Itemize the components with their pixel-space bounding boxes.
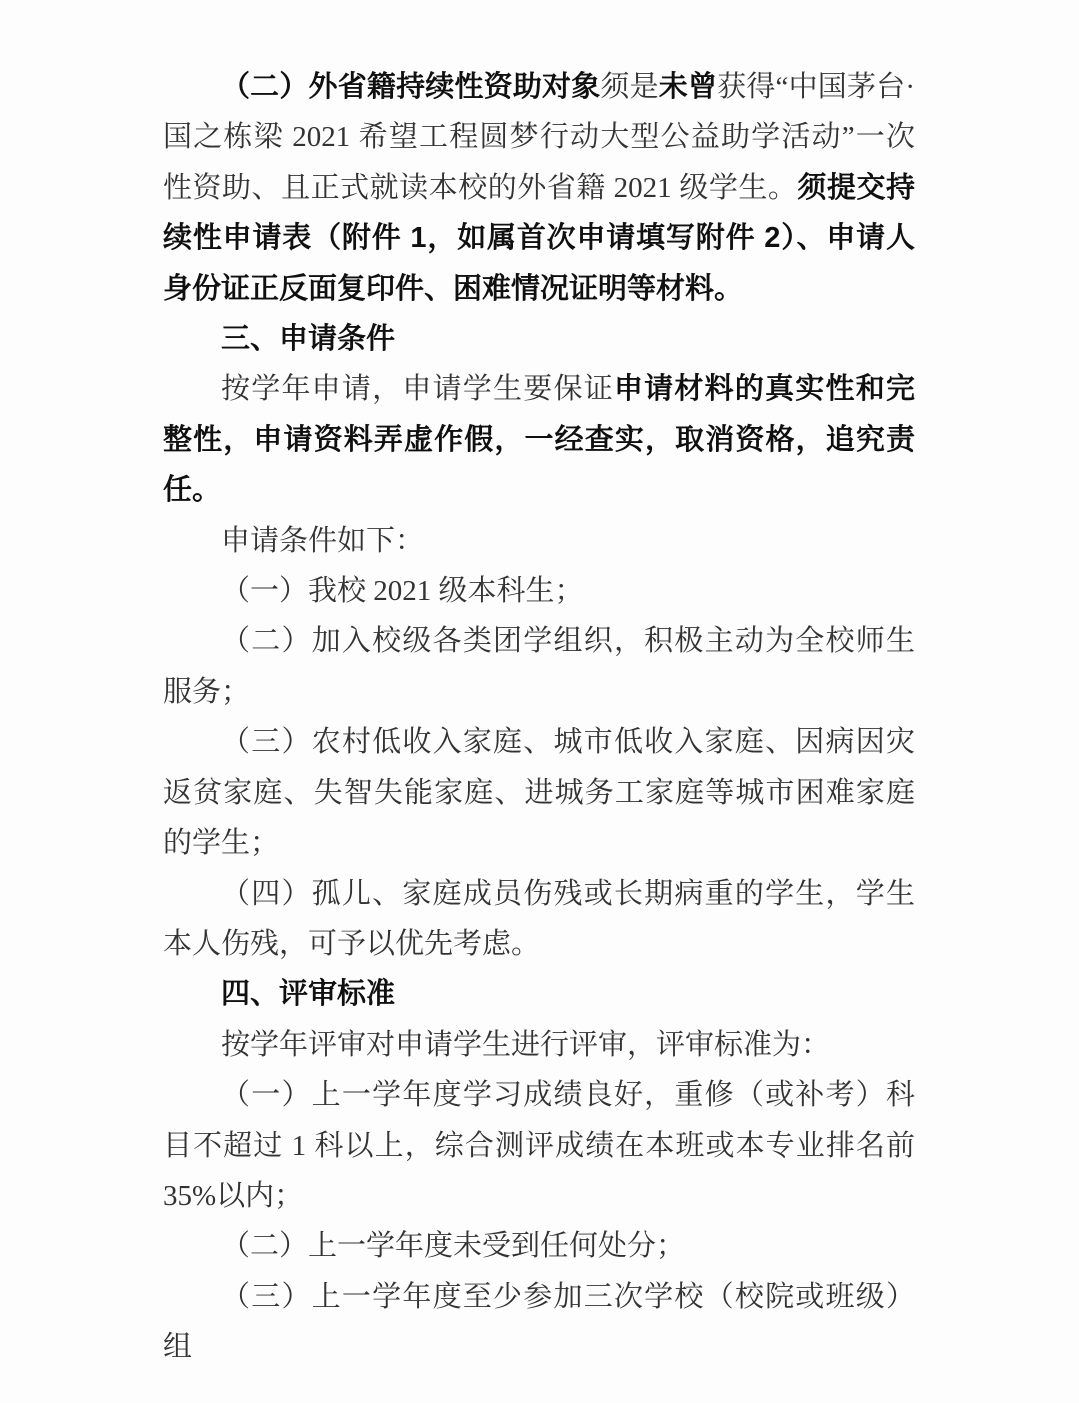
paragraph-out-of-province-continuing-funding: （二）外省籍持续性资助对象须是未曾获得“中国茅台·国之栋梁 2021 希望工程圆… <box>163 62 915 314</box>
text-run-bold: 未曾 <box>659 71 717 103</box>
text-run: 须是 <box>600 71 658 103</box>
heading-application-conditions: 三、申请条件 <box>163 314 915 364</box>
heading-review-criteria: 四、评审标准 <box>163 969 915 1019</box>
text-run: （二）加入校级各类团学组织，积极主动为全校师生服务； <box>163 625 915 707</box>
text-run: （一）上一学年度学习成绩良好，重修（或补考）科目不超过 1 科以上，综合测评成绩… <box>163 1079 915 1212</box>
text-run: 按学年申请，申请学生要保证 <box>221 373 614 405</box>
text-run-bold: （二）外省籍持续性资助对象 <box>221 71 600 103</box>
paragraph-review-intro: 按学年评审对申请学生进行评审，评审标准为： <box>163 1020 915 1070</box>
paragraph-apply-by-academic-year: 按学年申请，申请学生要保证申请材料的真实性和完整性，申请资料弄虚作假，一经查实，… <box>163 364 915 515</box>
paragraph-conditions-intro: 申请条件如下： <box>163 516 915 566</box>
heading-text: 四、评审标准 <box>221 978 395 1010</box>
text-run: 申请条件如下： <box>221 525 424 557</box>
paragraph-criterion-3-truncated: （三）上一学年度至少参加三次学校（校院或班级）组 <box>163 1272 915 1373</box>
paragraph-criterion-1: （一）上一学年度学习成绩良好，重修（或补考）科目不超过 1 科以上，综合测评成绩… <box>163 1070 915 1221</box>
paragraph-condition-3: （三）农村低收入家庭、城市低收入家庭、因病因灾返贫家庭、失智失能家庭、进城务工家… <box>163 717 915 868</box>
document-page: （二）外省籍持续性资助对象须是未曾获得“中国茅台·国之栋梁 2021 希望工程圆… <box>0 0 1079 1403</box>
text-run: （一）我校 2021 级本科生； <box>221 575 584 607</box>
text-run: 按学年评审对申请学生进行评审，评审标准为： <box>221 1029 830 1061</box>
heading-text: 三、申请条件 <box>221 323 395 355</box>
paragraph-condition-2: （二）加入校级各类团学组织，积极主动为全校师生服务； <box>163 616 915 717</box>
text-run: （四）孤儿、家庭成员伤残或长期病重的学生，学生本人伤残，可予以优先考虑。 <box>163 878 915 960</box>
text-run: （三）农村低收入家庭、城市低收入家庭、因病因灾返贫家庭、失智失能家庭、进城务工家… <box>163 726 915 859</box>
paragraph-criterion-2: （二）上一学年度未受到任何处分； <box>163 1221 915 1271</box>
paragraph-condition-4: （四）孤儿、家庭成员伤残或长期病重的学生，学生本人伤残，可予以优先考虑。 <box>163 869 915 970</box>
text-run: （二）上一学年度未受到任何处分； <box>221 1230 685 1262</box>
text-run: （三）上一学年度至少参加三次学校（校院或班级）组 <box>163 1281 915 1363</box>
paragraph-condition-1: （一）我校 2021 级本科生； <box>163 566 915 616</box>
document-text-block: （二）外省籍持续性资助对象须是未曾获得“中国茅台·国之栋梁 2021 希望工程圆… <box>163 62 915 1373</box>
